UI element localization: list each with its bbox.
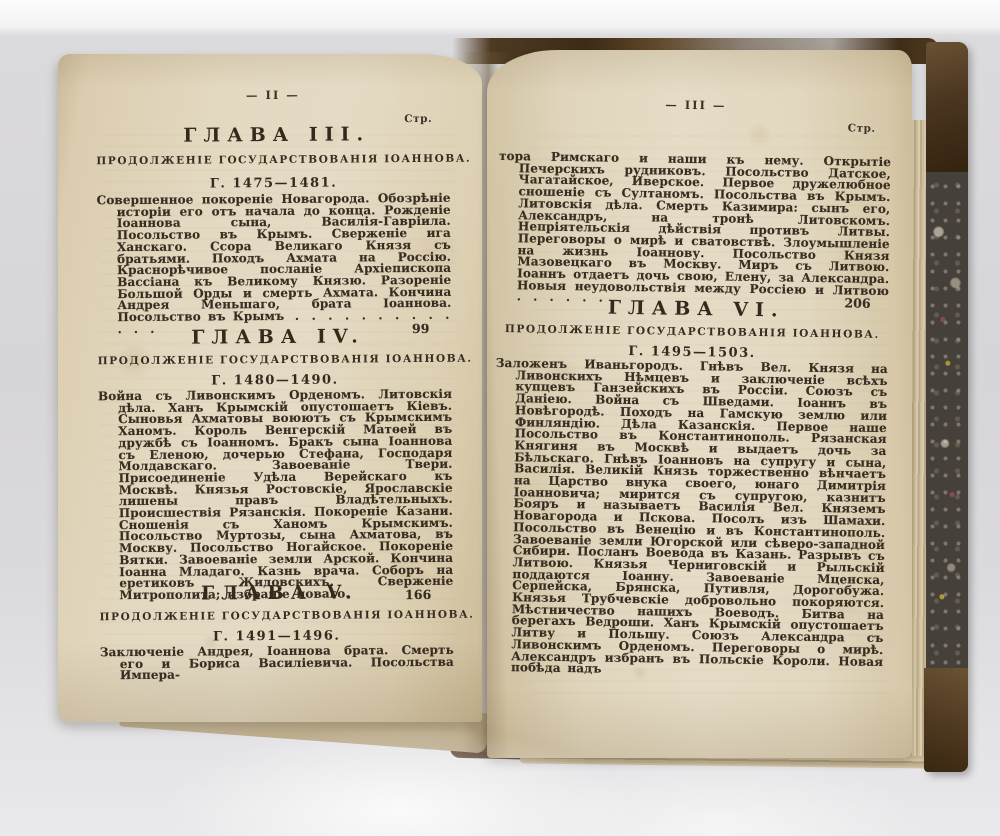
page-column-header: Стр. <box>848 122 876 134</box>
table-surface: — II — Стр. ГЛАВА III. ПРОДОЛЖЕНІЕ ГОСУД… <box>0 0 1000 836</box>
chapter-summary: Заключеніе Андрея, Іоаннова брата. Смерт… <box>100 645 454 683</box>
page-folio: — III — <box>500 95 892 115</box>
left-page: — II — Стр. ГЛАВА III. ПРОДОЛЖЕНІЕ ГОСУД… <box>58 54 482 722</box>
leather-corner-top-icon <box>926 42 968 172</box>
chapter-subtitle: ПРОДОЛЖЕНІЕ ГОСУДАРСТВОВАНІЯ ІОАННОВА. <box>98 353 452 367</box>
leather-corner-bottom-icon <box>924 668 968 772</box>
chapter-title: ГЛАВА IV. <box>98 325 452 349</box>
chapter-title: ГЛАВА V. <box>99 581 453 605</box>
chapter-years: Г. 1475—1481. <box>96 175 450 192</box>
chapter-summary: Война съ Ливонскимъ Орденомъ. Литовскія … <box>98 389 453 602</box>
chapter-subtitle: ПРОДОЛЖЕНІЕ ГОСУДАРСТВОВАНІЯ ІОАННОВА. <box>496 323 888 341</box>
chapter-summary: Совершенное покореніе Новагорода. Обозрѣ… <box>97 193 452 336</box>
chapter-subtitle: ПРОДОЛЖЕНІЕ ГОСУДАРСТВОВАНІЯ ІОАННОВА. <box>96 153 450 167</box>
chapter-summary-continuation: тора Римскаго и наши къ нему. Открытіе П… <box>497 151 891 309</box>
chapter-title: ГЛАВА III. <box>96 123 450 147</box>
page-folio: — II — <box>96 87 450 103</box>
chapter-subtitle: ПРОДОЛЖЕНІЕ ГОСУДАРСТВОВАНІЯ ІОАННОВА. <box>100 609 454 623</box>
chapter-summary: Заложенъ Иваньгородъ. Гнѣвъ Вел. Князя н… <box>491 358 888 680</box>
right-page: — III — Стр. тора Римскаго и наши къ нем… <box>487 50 912 758</box>
